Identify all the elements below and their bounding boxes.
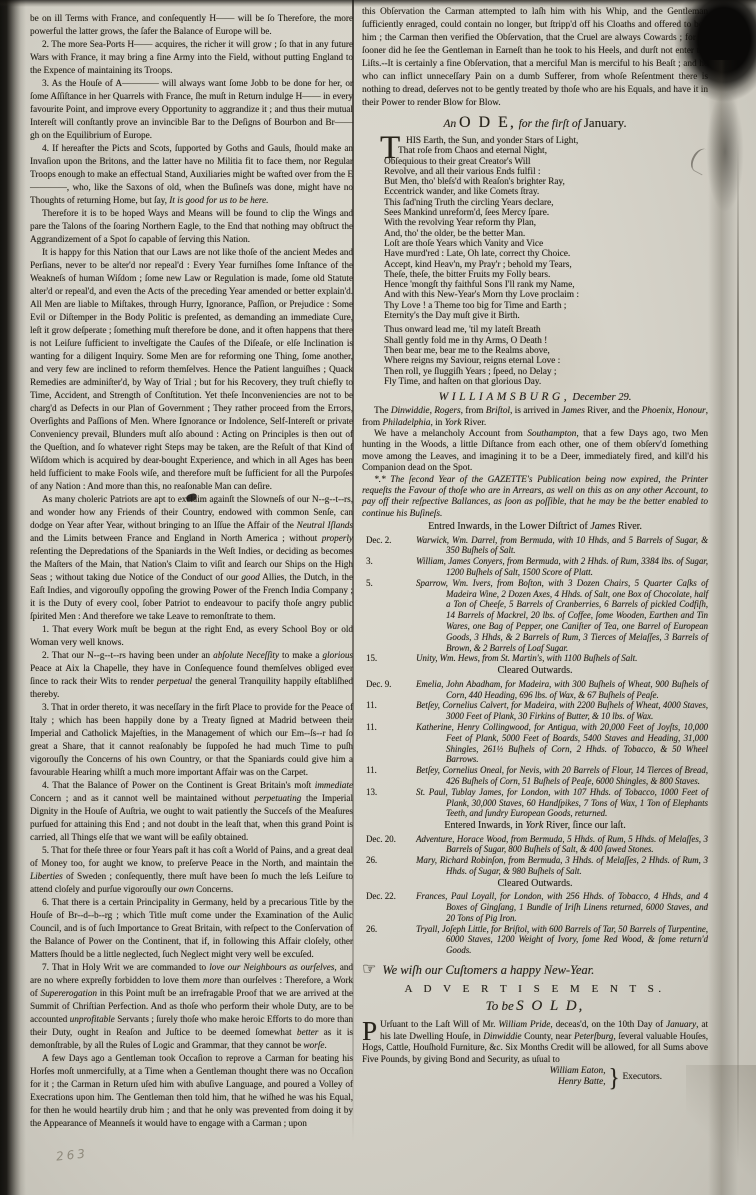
paragraph: 4. If hereafter the Picts and Scots, ſup… <box>30 142 353 207</box>
entry-text: Adventure, Horace Wood, from Bermuda, 5 … <box>416 834 708 855</box>
entry-date: 3. <box>366 556 373 567</box>
poem-line: Eternity's the Day muſt give it Birth. <box>384 311 708 321</box>
newspaper-page-scan: be on ill Terms with France, and conſequ… <box>0 0 756 1195</box>
shipping-entry: 11.Betſey, Cornelius Oneal, for Nevis, w… <box>362 765 708 787</box>
paragraph: It is happy for this Nation that our Law… <box>30 246 353 493</box>
page-crease-line <box>737 140 739 1165</box>
paragraph: be on ill Terms with France, and conſequ… <box>30 12 353 38</box>
poem-line: Hence 'mongſt thy faithful Sons I'll ran… <box>384 280 708 290</box>
poem-line: Fly Time, and haſten on that glorious Da… <box>384 377 708 387</box>
section-heading: Entred Inwards, in the Lower Diſtrict of… <box>362 521 708 534</box>
poem-line: Thy Love ! a Theme too big for Time and … <box>384 301 708 311</box>
new-year-wish: ☞We wiſh our Cuſtomers a happy New-Year. <box>362 961 708 979</box>
ode-an: An <box>443 118 456 130</box>
entry-text: Betſey, Cornelius Calvert, for Madeira, … <box>416 700 708 721</box>
paragraph: 5. That for theſe three or four Years pa… <box>30 844 353 896</box>
ode-subtitle: for the firſt of <box>519 118 584 130</box>
entry-text: St. Paul, Tublay James, for London, with… <box>416 787 708 819</box>
entry-date: Dec. 22. <box>366 891 396 902</box>
entry-date: 11. <box>366 722 377 733</box>
shipping-entry: Dec. 20.Adventure, Horace Wood, from Ber… <box>362 834 708 856</box>
section-heading: Cleared Outwards. <box>362 665 708 678</box>
paragraph: 6. That there is a certain Principality … <box>30 896 353 961</box>
executors-signature: William Eaton,Henry Batte,}Executors. <box>362 1066 708 1088</box>
entry-text: Frances, Paul Loyall, for London, with 2… <box>416 891 708 923</box>
shipping-entry: 3.William, James Conyers, from Bermuda, … <box>362 556 708 578</box>
poem-line: But Men, tho' bleſs'd with Reaſon's brig… <box>384 177 708 187</box>
entry-text: Warwick, Wm. Darrel, from Bermuda, with … <box>416 535 708 556</box>
poem-line: Have murd'red : Late, Oh late, correct t… <box>384 249 708 259</box>
poem-line: Obſequious to their great Creator's Will <box>384 157 708 167</box>
entry-date: 13. <box>366 787 377 798</box>
entry-text: Unity, Wm. Hews, from St. Martin's, with… <box>416 653 637 663</box>
executor-name: William Eaton, <box>550 1066 606 1077</box>
shipping-entry: 11.Betſey, Cornelius Calvert, for Madeir… <box>362 700 708 722</box>
entry-date: 11. <box>366 765 377 776</box>
paragraph: *.* The ſecond Year of the GAZETTE's Pub… <box>362 475 708 521</box>
sold-pre: To be <box>486 998 514 1013</box>
poem-line: This ſad'ning Truth the circling Years d… <box>384 198 708 208</box>
poem-line: Thus onward lead me, 'til my lateſt Brea… <box>384 325 708 335</box>
advertisements-heading: A D V E R T I S E M E N T S. <box>362 982 708 996</box>
paragraph: 1. That every Work muſt be begun at the … <box>30 623 353 649</box>
poem-line: Then roll, ye ſluggiſh Years ; ſpeed, no… <box>384 367 708 377</box>
shipping-entry: 26.Mary, Richard Robinſon, from Bermuda,… <box>362 855 708 877</box>
shipping-entry: 11.Katherine, Henry Collingwood, for Ant… <box>362 722 708 765</box>
poem-line: Then bear me, bear me to the Realms abov… <box>384 346 708 356</box>
entry-text: Mary, Richard Robinſon, from Bermuda, 3 … <box>416 855 708 876</box>
poem-line: That roſe from Chaos and eternal Night, <box>398 146 708 156</box>
handwritten-folio-number: 263 <box>55 1146 88 1163</box>
entry-text: Sparrow, Wm. Ivers, from Boſton, with 3 … <box>416 578 708 653</box>
advertisement-paragraph: PUrſuant to the Laſt Will of Mr. William… <box>362 1019 708 1065</box>
entry-date: 11. <box>366 700 377 711</box>
paragraph: As many choleric Patriots are apt to exc… <box>30 493 353 623</box>
entry-date: Dec. 9. <box>366 679 391 690</box>
poem-line: Where reigns my Saviour, reigns eternal … <box>384 356 708 366</box>
advert-dropcap: P <box>362 1020 377 1042</box>
paragraph: 3. That in order thereto, it was neceſſa… <box>30 701 353 779</box>
entry-text: Tryall, Joſeph Little, for Briſtol, with… <box>416 924 708 956</box>
paragraph: 2. The more Sea-Ports H—— acquires, the … <box>30 38 353 77</box>
entry-text: William, James Conyers, from Bermuda, wi… <box>416 556 708 577</box>
entry-date: Dec. 20. <box>366 834 396 845</box>
dateline: WILLIAMSBURG, December 29. <box>362 390 708 405</box>
paragraph: The Dinwiddie, Rogers, from Briſtol, is … <box>362 406 708 429</box>
manicule-icon: ☞ <box>362 961 376 978</box>
poem-line: Theſe, theſe, the bitter Fruits my Folly… <box>384 270 708 280</box>
entry-date: 26. <box>366 855 377 866</box>
entry-date: 26. <box>366 924 377 935</box>
poem-line: And with this New-Year's Morn thy Love p… <box>384 290 708 300</box>
page-crease-shadow <box>708 60 738 1195</box>
paragraph: this Obſervation the Carman attempted to… <box>362 6 708 110</box>
entry-text: Katherine, Henry Collingwood, for Antigu… <box>416 722 708 764</box>
shipping-entry: Dec. 22.Frances, Paul Loyall, for London… <box>362 891 708 923</box>
shipping-entry: 26.Tryall, Joſeph Little, for Briſtol, w… <box>362 924 708 956</box>
right-column: this Obſervation the Carman attempted to… <box>362 6 708 1088</box>
poem-line: And, tho' the older, be the better Man. <box>384 229 708 239</box>
poem-line: Eccentrick wander, and like Comets ſtray… <box>384 187 708 197</box>
shipping-entry: Dec. 9.Emelia, John Abadham, for Madeira… <box>362 679 708 701</box>
poem-line: With the revolving Year reform thy Plan, <box>384 218 708 228</box>
ode-poem: THIS Earth, the Sun, and yonder Stars of… <box>384 136 708 387</box>
executor-name: Henry Batte, <box>550 1077 606 1088</box>
shipping-entry: 15.Unity, Wm. Hews, from St. Martin's, w… <box>362 653 708 664</box>
paragraph: A few Days ago a Gentleman took Occaſion… <box>30 1052 353 1130</box>
new-year-wish-text: We wiſh our Cuſtomers a happy New-Year. <box>382 963 594 977</box>
executor-names: William Eaton,Henry Batte, <box>550 1066 606 1088</box>
paragraph: 7. That in Holy Writ we are commanded to… <box>30 961 353 1052</box>
shipping-entry: Dec. 2.Warwick, Wm. Darrel, from Bermuda… <box>362 535 708 557</box>
dateline-date: December 29. <box>572 392 631 403</box>
section-heading: Entered Inwards, in York River, ſince ou… <box>362 820 708 833</box>
section-heading: Cleared Outwards. <box>362 878 708 891</box>
shipping-entry: 13.St. Paul, Tublay James, for London, w… <box>362 787 708 819</box>
ode-heading: An O D E, for the firſt of January. <box>362 113 708 134</box>
poem-line: Loſt are thoſe Years which Vanity and Vi… <box>384 239 708 249</box>
paragraph: 3. As the Houſe of A———— will always wan… <box>30 77 353 142</box>
paragraph: 2. That our N--g--t--rs having been unde… <box>30 649 353 701</box>
paragraph: Therefore it is to be hoped Ways and Mea… <box>30 207 353 246</box>
paragraph: We have a melancholy Account from Southa… <box>362 429 708 475</box>
to-be-sold-heading: To be S O L D, <box>362 997 708 1017</box>
executors-label: Executors. <box>623 1072 663 1083</box>
entry-date: Dec. 2. <box>366 535 391 546</box>
dateline-city: WILLIAMSBURG, <box>439 391 570 403</box>
poem-line: Accept, kind Heav'n, my Pray'r ; behold … <box>384 260 708 270</box>
sold-word: S O L D, <box>516 998 584 1014</box>
entry-date: 5. <box>366 578 373 589</box>
poem-line: Shall gently fold me in thy Arms, O Deat… <box>384 336 708 346</box>
entry-text: Emelia, John Abadham, for Madeira, with … <box>416 679 708 700</box>
poem-line: Sees Mankind unreform'd, ſees Mercy ſpar… <box>384 208 708 218</box>
ode-month: January. <box>584 115 627 130</box>
left-column: be on ill Terms with France, and conſequ… <box>30 12 353 1130</box>
entry-text: Betſey, Cornelius Oneal, for Nevis, with… <box>416 765 708 786</box>
poem-dropcap: T <box>380 133 400 163</box>
brace-glyph: } <box>608 1071 619 1083</box>
poem-line: HIS Earth, the Sun, and yonder Stars of … <box>406 136 708 146</box>
paragraph: 4. That the Balance of Power on the Cont… <box>30 779 353 844</box>
shipping-entry: 5.Sparrow, Wm. Ivers, from Boſton, with … <box>362 578 708 654</box>
entry-date: 15. <box>366 653 377 664</box>
poem-line: Revolve, and all their various Ends fulf… <box>384 167 708 177</box>
ode-title: O D E, <box>459 114 516 131</box>
scan-edge-left <box>0 0 26 1195</box>
